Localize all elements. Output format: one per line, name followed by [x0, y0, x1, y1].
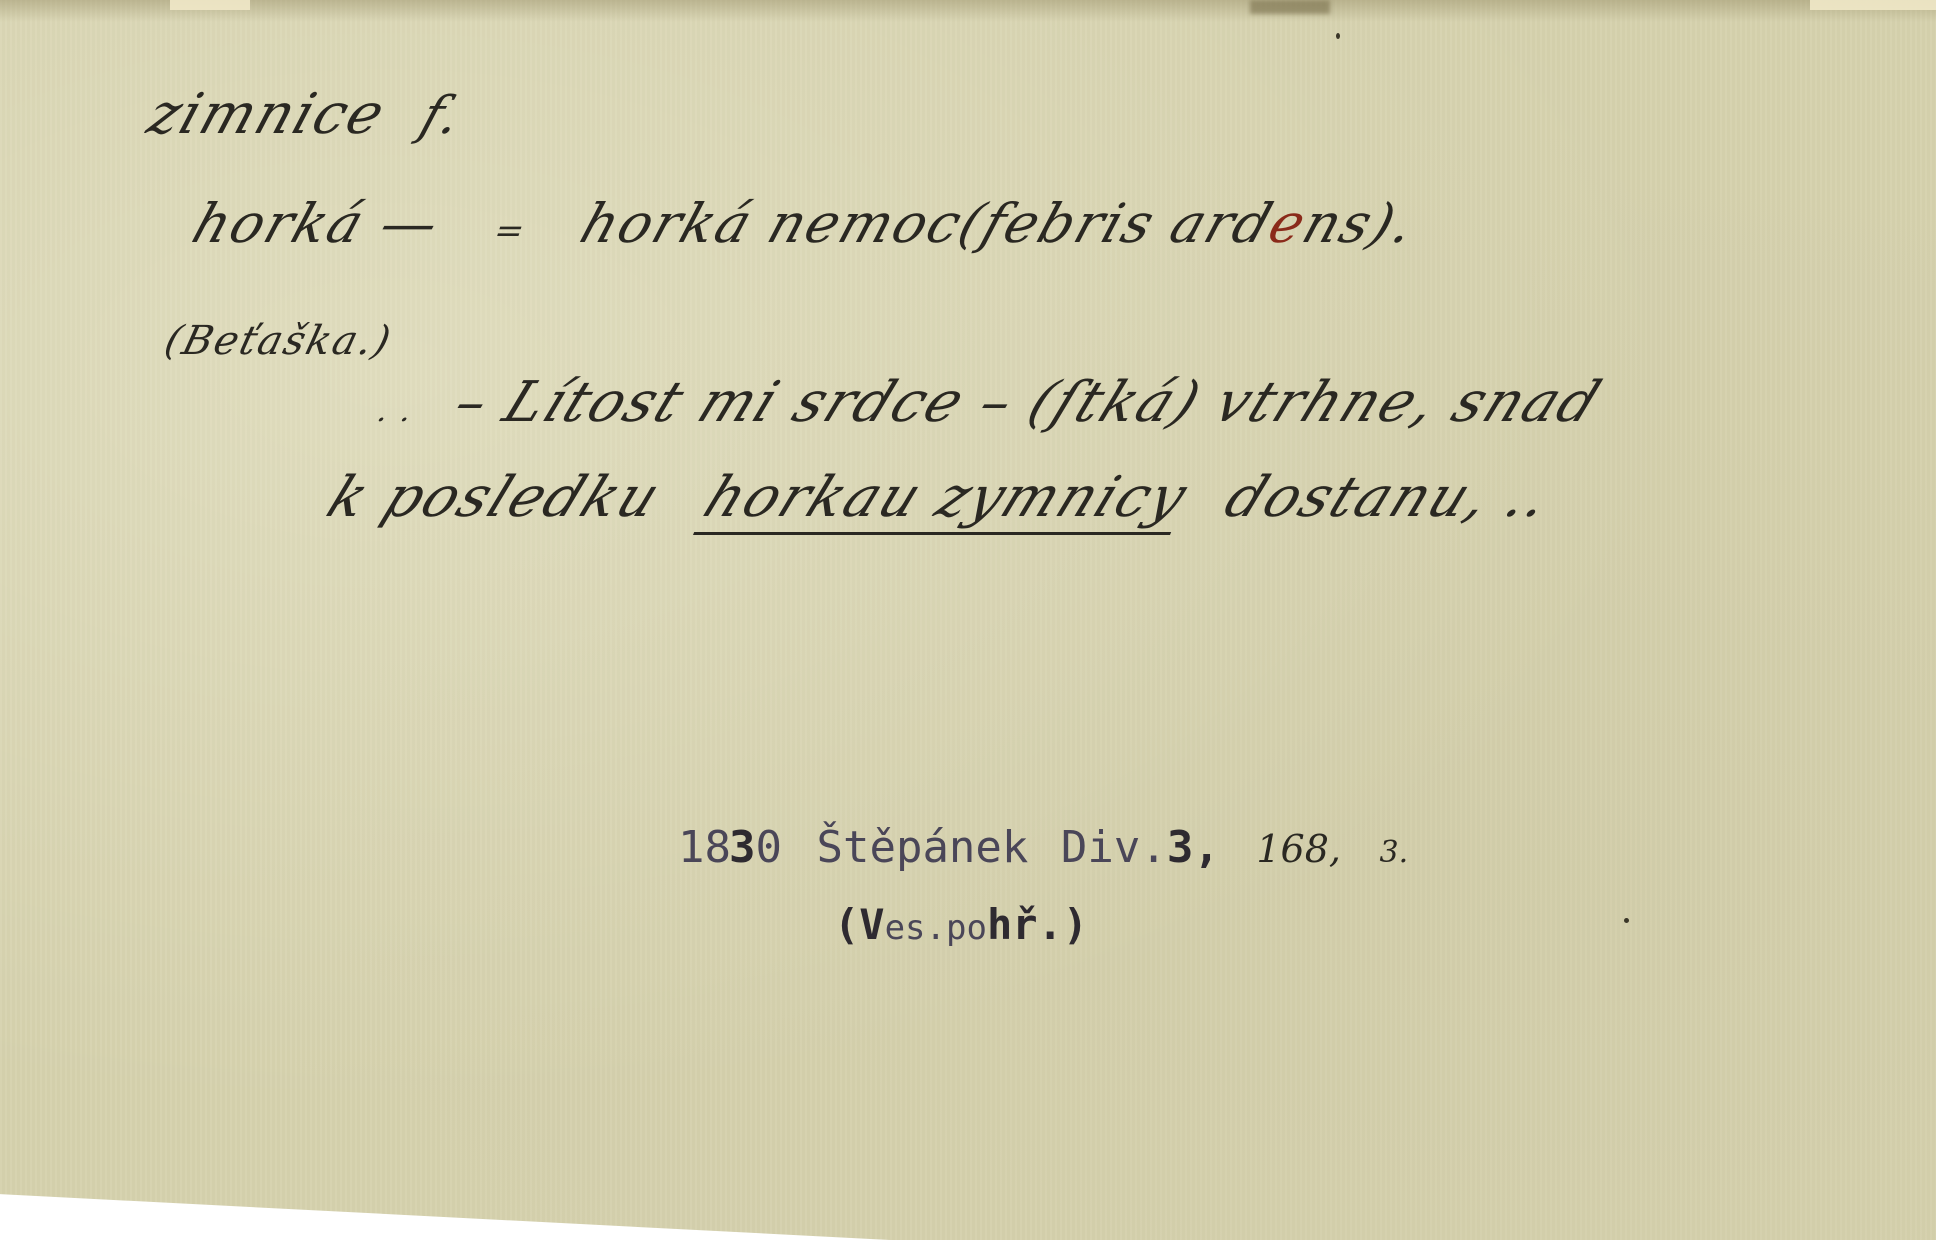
stamp-author: Štěpánek: [816, 822, 1028, 873]
scan-edge-highlight: [170, 0, 250, 10]
source-stamp-line-1: 1830 Štěpánek Div.3, 168, 3.: [678, 822, 1408, 873]
stamp-series-open: (V: [834, 900, 885, 949]
source-text: (Beťaška.): [160, 318, 397, 364]
stamp-series-mid: es.po: [885, 908, 987, 948]
citation-text-1a: Lítost mi srdce –: [494, 370, 1025, 435]
stamp-series-bold: hř: [987, 900, 1038, 949]
stamp-year-overstrike: 3: [729, 822, 756, 873]
headword: zimnice f.: [140, 82, 472, 147]
stamp-year-start: 18: [678, 822, 731, 873]
stamp-year-end: 0: [755, 822, 782, 873]
archive-card: zimnice f. horká — = horká nemoc(febris …: [0, 0, 1936, 1240]
lemma: horká —: [185, 192, 449, 255]
stamp-page: 168,: [1256, 827, 1341, 871]
citation-text-2b: dostanu, ..: [1216, 465, 1562, 530]
scan-edge-dark: [1250, 0, 1330, 14]
stamp-work: Div.: [1061, 822, 1167, 873]
ink-speck: [1624, 918, 1629, 923]
citation-line-2: k posledku horkau zymnicy dostanu, ..: [318, 465, 1561, 530]
ink-speck: [1336, 33, 1340, 39]
scan-edge-highlight: [1810, 0, 1936, 10]
scan-edge-shadow: [0, 0, 1936, 22]
stamp-line: 3.: [1379, 835, 1408, 870]
stamp-volume: 3: [1167, 822, 1194, 873]
headword-text: zimnice: [140, 82, 394, 147]
headword-grammar: f.: [413, 86, 470, 146]
citation-text-2a: k posledku: [318, 465, 671, 530]
citation-line-1: . . – Lítost mi srdce – (ſtká) vtrhne, s…: [370, 370, 1611, 435]
source-stamp-line-2: (Ves.pohř.): [834, 900, 1088, 949]
citation-text-1b: vtrhne, snad: [1205, 370, 1611, 435]
latin-term: febris ard: [974, 192, 1282, 255]
citation-source: (Beťaška.): [160, 318, 397, 364]
citation-underlined-term: horkau zymnicy: [693, 465, 1198, 535]
citation-dots: . .: [372, 394, 421, 429]
definition-line: horká — = horká nemoc(febris ardens).: [185, 192, 1424, 255]
definition: horká nemoc: [573, 192, 971, 255]
stamp-series-close: .): [1038, 900, 1089, 949]
citation-dash: –: [444, 370, 500, 435]
equals-sign: =: [489, 211, 532, 251]
citation-paren: (ſtká): [1019, 370, 1212, 435]
